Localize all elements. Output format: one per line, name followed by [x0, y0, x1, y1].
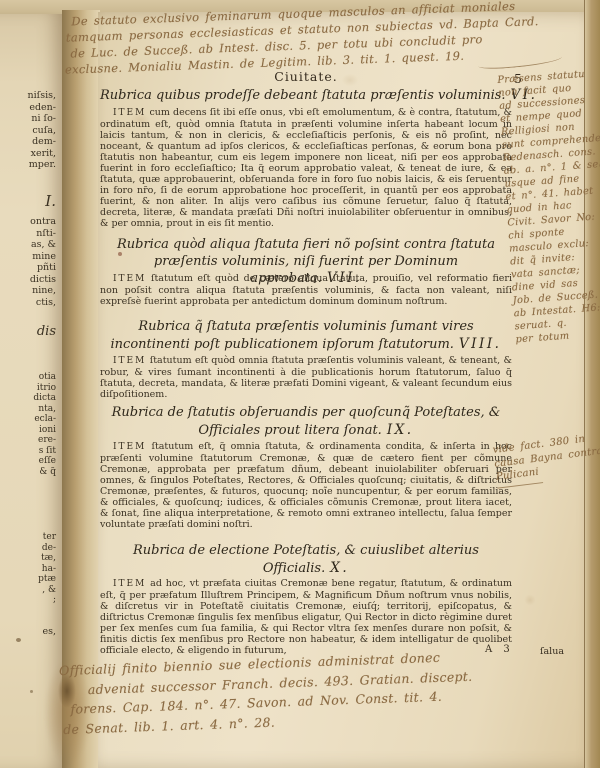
section-heading: Rubrica de ſtatutis obſeruandis per quoſ…: [100, 405, 512, 439]
section-paragraph: ITEM ſtatutum eſt quòd de cætero aliqua …: [100, 273, 512, 307]
item-label: ITEM: [113, 579, 146, 589]
item-label: ITEM: [113, 274, 146, 284]
left-page-fragment: dictis: [30, 274, 56, 286]
section-heading: Rubrica de electione Poteſtatis, & cuius…: [100, 543, 512, 577]
paragraph-text: ſtatutum eſt quòd de cætero aliqua ſtatu…: [100, 273, 512, 307]
section-paragraph: ITEM ad hoc, vt præfata ciuitas Cremonæ …: [100, 578, 512, 656]
left-page-fragment: itrio: [33, 383, 56, 394]
left-page-fragment: de-: [38, 543, 56, 554]
section-paragraph: ITEM ſtatutum eſt, q̃ omnia ſtatuta, & o…: [100, 441, 512, 530]
left-page-fragment: ;: [38, 595, 56, 606]
left-page-fragment: ha-: [38, 564, 56, 575]
item-label: ITEM: [113, 356, 146, 366]
left-page-fragment: & q̃: [33, 467, 56, 478]
section-paragraph: ITEM ſtatutum eſt quòd omnia ſtatuta præ…: [100, 355, 512, 400]
left-page-fragment-group: ter de- tæ, ha- ptæ , & ;: [38, 532, 56, 606]
section-heading-text: Rubrica de electione Poteſtatis, & cuius…: [133, 543, 479, 576]
left-page-fragment: nine,: [30, 285, 56, 297]
left-page-fragment: dicta: [33, 393, 56, 404]
section-heading: Rubrica q̃ ſtatuta præſentis voluminis ſ…: [100, 319, 512, 353]
left-page-fragment: cuſa,: [28, 125, 56, 137]
left-page-fragment: ter: [38, 532, 56, 543]
left-page-fragment: s ſit: [33, 446, 56, 457]
section-heading-text: Rubrica q̃ ſtatuta præſentis voluminis ſ…: [111, 319, 474, 352]
left-page-fragment: nta,: [33, 404, 56, 415]
paragraph-text: cum decens ſit ibi eſſe onus, vbi eſt em…: [100, 107, 512, 229]
left-page-fragment: nſti-: [30, 228, 56, 240]
left-page-fragment-group: otia itrio dicta nta, ecla- ioni ere- s …: [33, 372, 56, 477]
left-page-fragment: otia: [33, 372, 56, 383]
left-page-fragment: as, &: [30, 239, 56, 251]
left-page-fragment: ecla-: [33, 414, 56, 425]
left-page-fragment: eden-: [28, 102, 56, 114]
paragraph-text: ſtatutum eſt quòd omnia ſtatuta præſenti…: [100, 355, 512, 400]
section-numeral: VIII.: [459, 336, 502, 352]
book-gutter: [62, 10, 100, 768]
left-page-fragment: ontra: [30, 216, 56, 228]
left-page-fragment: niſsis,: [28, 90, 56, 102]
left-page-fragment: es,: [42, 626, 56, 638]
section-numeral: X.: [330, 560, 349, 576]
right-margin-annotation: Præsens statutu non facit quo ad success…: [497, 65, 600, 346]
section-numeral: IX.: [387, 422, 414, 438]
left-page-fragment: mine: [30, 251, 56, 263]
left-page-fragment: ioni: [33, 425, 56, 436]
left-page-fragment: mper.: [28, 159, 56, 171]
left-page-fragment: pñti: [30, 262, 56, 274]
section-paragraph: ITEM cum decens ſit ibi eſſe onus, vbi e…: [100, 107, 512, 229]
left-page-fragment: dem-: [28, 136, 56, 148]
left-page-fragment: ctis,: [30, 297, 56, 309]
left-page-fragment: tæ,: [38, 553, 56, 564]
scanned-book-spread: niſsis, eden- ni ſo- cuſa, dem- xerit, m…: [0, 0, 600, 768]
left-page-heading-numeral: I.: [45, 196, 56, 208]
section-heading-text: Rubrica quibus prodeſſe debeant ſtatuta …: [100, 88, 506, 103]
paragraph-text: ad hoc, vt præfata ciuitas Cremonæ bene …: [100, 578, 512, 656]
item-label: ITEM: [113, 108, 146, 118]
left-page-fragment: eſſe: [33, 456, 56, 467]
section-heading-text: Rubrica de ſtatutis obſeruandis per quoſ…: [112, 405, 501, 438]
left-page-fragment: xerit,: [28, 148, 56, 160]
paper-speck: [16, 638, 21, 642]
paper-speck: [30, 690, 33, 693]
item-label: ITEM: [113, 442, 146, 452]
paragraph-text: ſtatutum eſt, q̃ omnia ſtatuta, & ordina…: [100, 441, 512, 530]
left-page-fragment: , &: [38, 585, 56, 596]
left-page-fragment-group: niſsis, eden- ni ſo- cuſa, dem- xerit, m…: [28, 90, 56, 171]
left-page-fragment: ni ſo-: [28, 113, 56, 125]
facing-page-edge: niſsis, eden- ni ſo- cuſa, dem- xerit, m…: [0, 14, 62, 768]
section-heading: Rubrica quibus prodeſſe debeant ſtatuta …: [100, 87, 512, 105]
left-page-fragment-group: ontra nſti- as, & mine pñti dictis nine,…: [30, 216, 56, 308]
left-page-heading-fragment: dis: [37, 326, 56, 338]
left-page-fragment: ere-: [33, 435, 56, 446]
left-page-fragment: ptæ: [38, 574, 56, 585]
